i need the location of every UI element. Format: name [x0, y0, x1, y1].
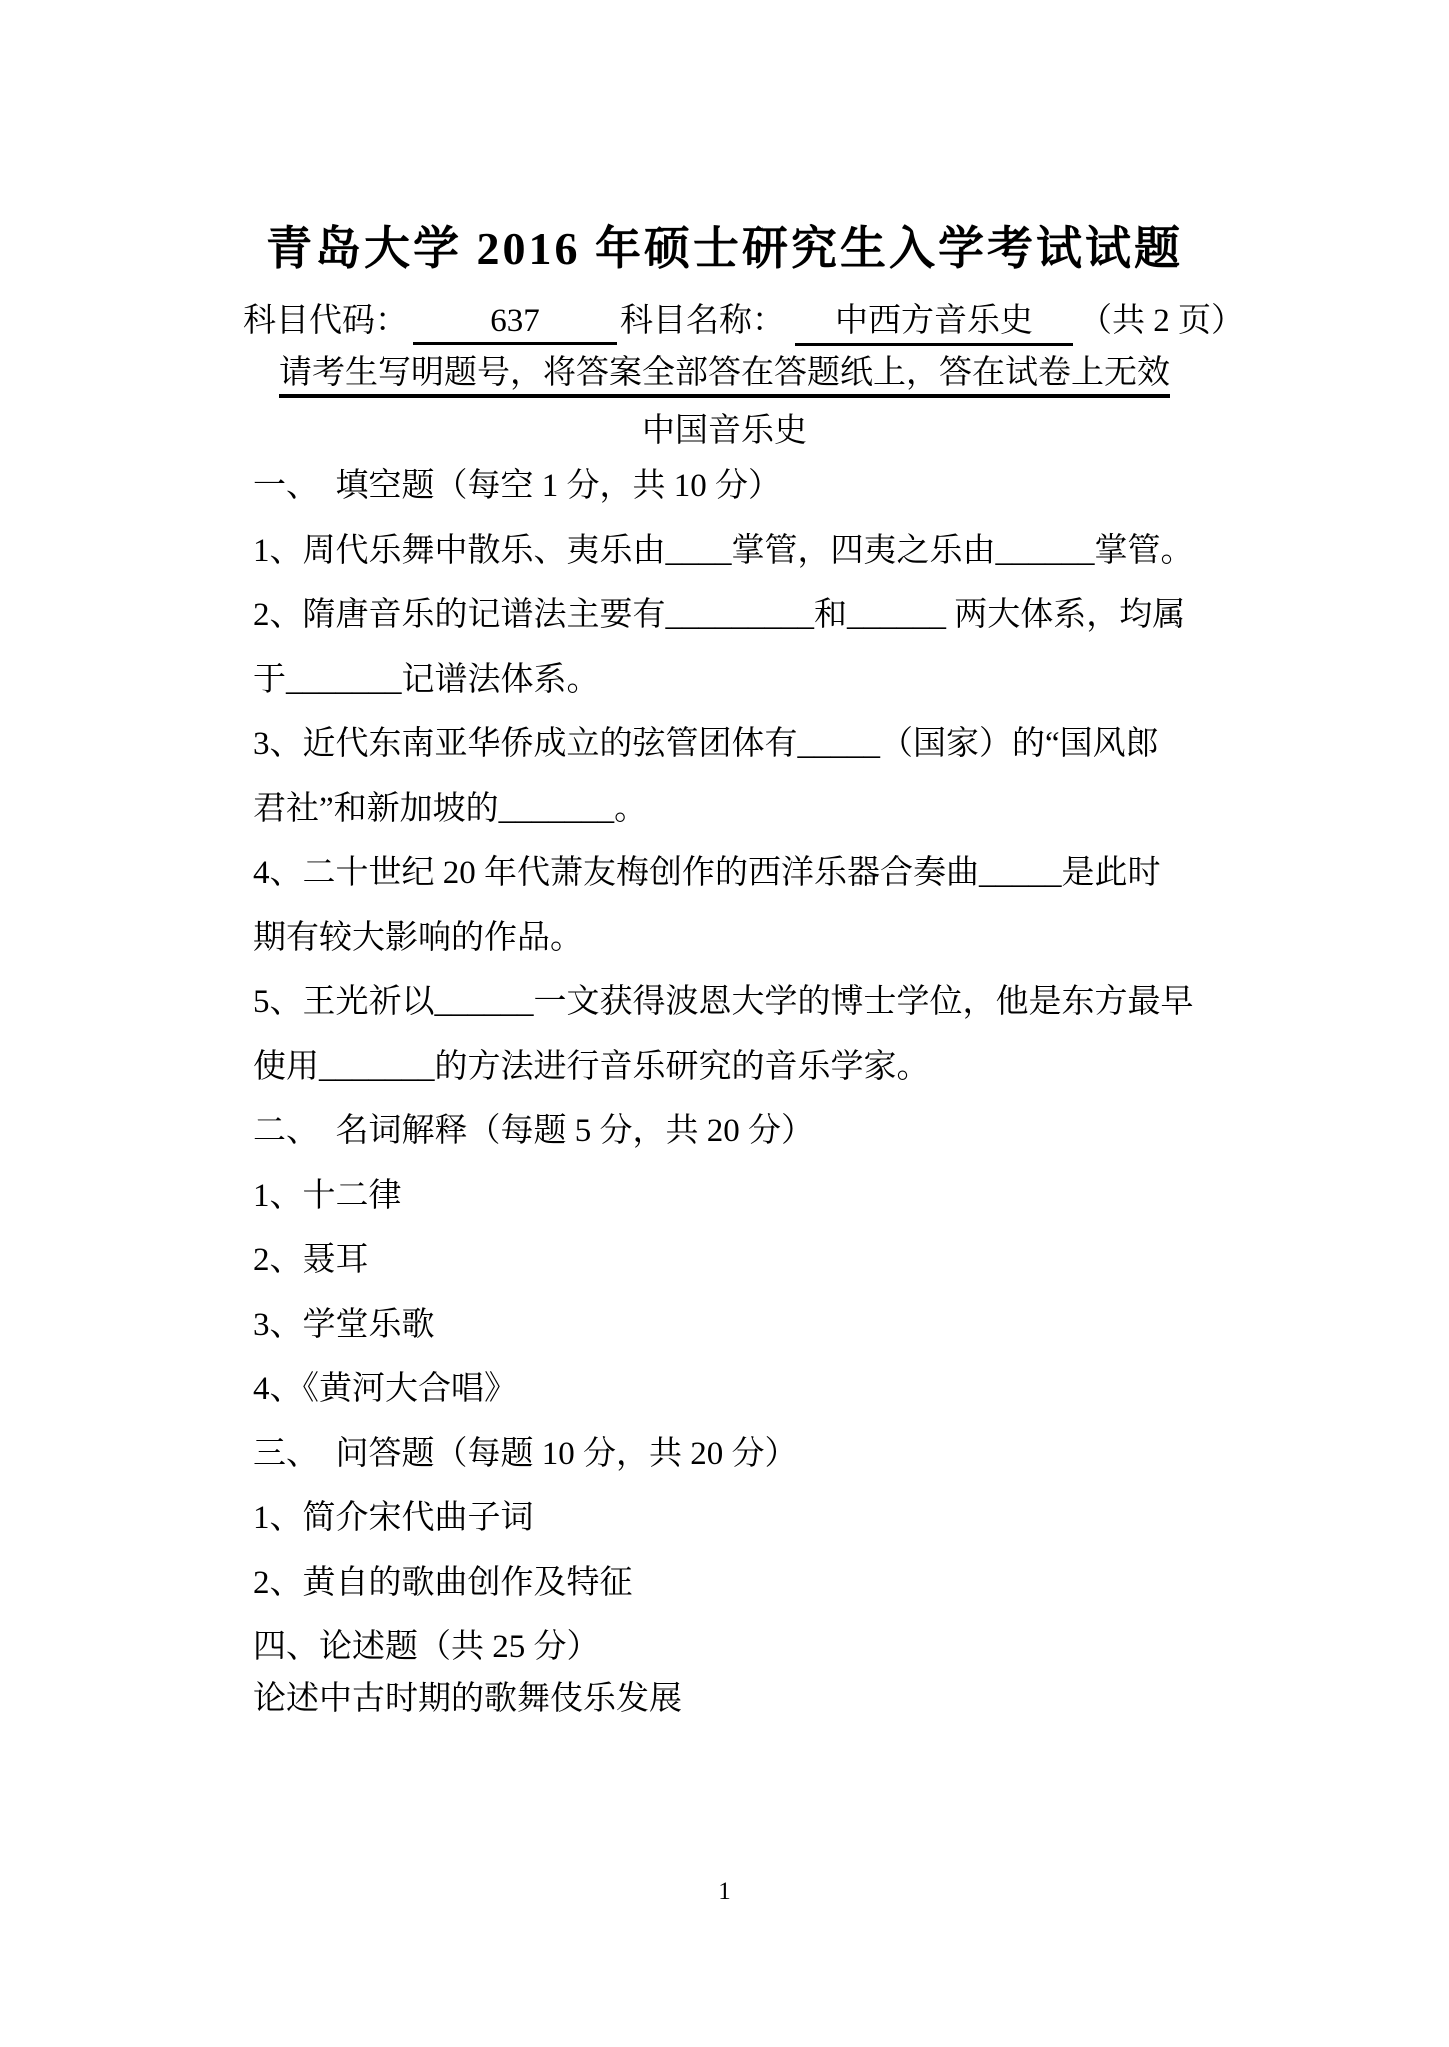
subject-name-value: 中西方音乐史: [795, 294, 1073, 346]
exam-line: 2、隋唐音乐的记谱法主要有_________和______ 两大体系，均属: [253, 583, 1269, 648]
exam-line: 3、近代东南亚华侨成立的弦管团体有_____（国家）的“国风郎: [253, 712, 1269, 777]
exam-line: 2、聂耳: [253, 1228, 1269, 1293]
exam-line: 1、周代乐舞中散乐、夷乐由____掌管，四夷之乐由______掌管。: [253, 519, 1269, 584]
exam-line: 5、王光祈以______一文获得波恩大学的博士学位，他是东方最早: [253, 970, 1269, 1035]
exam-line: 论述中古时期的歌舞伎乐发展: [253, 1667, 1269, 1732]
exam-line: 4、《黄河大合唱》: [253, 1357, 1269, 1422]
subject-name-label: 科目名称：: [620, 294, 785, 341]
exam-line: 期有较大影响的作品。: [253, 906, 1269, 971]
exam-body: 一、 填空题（每空 1 分，共 10 分） 1、周代乐舞中散乐、夷乐由____掌…: [253, 454, 1269, 1731]
exam-line: 于_______记谱法体系。: [253, 648, 1269, 713]
answer-notice: 请考生写明题号，将答案全部答在答题纸上，答在试卷上无效: [0, 346, 1449, 393]
exam-line: 1、简介宋代曲子词: [253, 1486, 1269, 1551]
page-number: 1: [0, 1878, 1449, 1906]
section-heading: 三、 问答题（每题 10 分，共 20 分）: [253, 1422, 1269, 1487]
exam-line: 1、十二律: [253, 1164, 1269, 1229]
exam-line: 4、二十世纪 20 年代萧友梅创作的西洋乐器合奏曲_____是此时: [253, 841, 1269, 906]
subject-code-label: 科目代码：: [243, 294, 408, 341]
exam-paper-page: 青岛大学 2016 年硕士研究生入学考试试题 科目代码：637科目名称：中西方音…: [0, 0, 1449, 2047]
exam-line: 君社”和新加坡的_______。: [253, 777, 1269, 842]
exam-title: 青岛大学 2016 年硕士研究生入学考试试题: [0, 212, 1449, 278]
exam-line: 3、学堂乐歌: [253, 1293, 1269, 1358]
part-title: 中国音乐史: [0, 404, 1449, 451]
subject-code-value: 637: [413, 303, 617, 345]
exam-line: 使用_______的方法进行音乐研究的音乐学家。: [253, 1035, 1269, 1100]
subject-meta-line: 科目代码：637科目名称：中西方音乐史（共 2 页）: [243, 294, 1244, 346]
exam-line: 2、黄自的歌曲创作及特征: [253, 1551, 1269, 1616]
pages-note: （共 2 页）: [1079, 294, 1244, 341]
answer-notice-text: 请考生写明题号，将答案全部答在答题纸上，答在试卷上无效: [279, 355, 1170, 398]
section-heading: 二、 名词解释（每题 5 分，共 20 分）: [253, 1099, 1269, 1164]
section-heading: 一、 填空题（每空 1 分，共 10 分）: [253, 454, 1269, 519]
